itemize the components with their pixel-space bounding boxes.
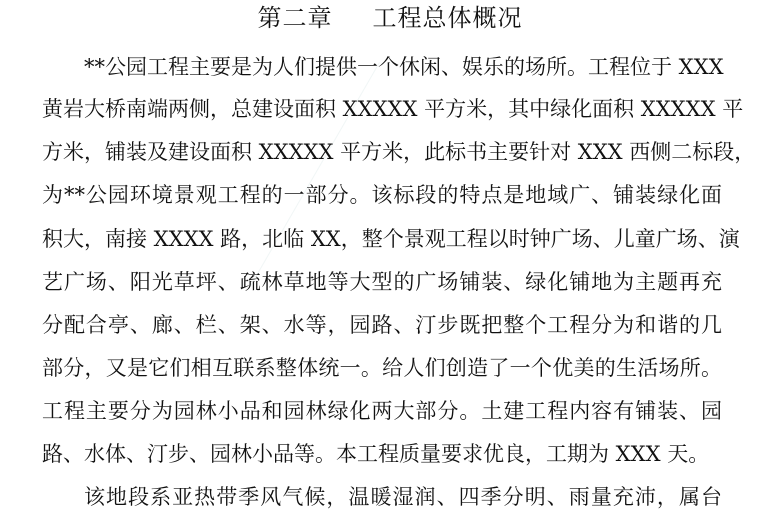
paragraph-1-line-9: 工程主要分为园林小品和园林绿化两大部分。土建工程内容有铺装、园 — [42, 396, 722, 426]
paragraph-1-line-3: 方米，铺装及建设面积 XXXXX 平方米，此标书主要针对 XXX 西侧二标段， — [42, 137, 722, 167]
chapter-heading: 第二章工程总体概况 — [0, 2, 780, 34]
paragraph-1-line-8: 部分，又是它们相互联系整体统一。给人们创造了一个优美的生活场所。 — [42, 353, 722, 383]
paragraph-1-line-4: 为**公园环境景观工程的一部分。该标段的特点是地域广、铺装绿化面 — [42, 180, 722, 210]
paragraph-1-line-7: 分配合亭、廊、栏、架、水等，园路、汀步既把整个工程分为和谐的几 — [42, 310, 722, 340]
paragraph-1-line-1: **公园工程主要是为人们提供一个休闲、娱乐的场所。工程位于 XXX — [84, 52, 722, 82]
paragraph-1-line-6: 艺广场、阳光草坪、疏林草地等大型的广场铺装、绿化铺地为主题再充 — [42, 267, 722, 297]
chapter-label: 第二章 — [258, 4, 333, 32]
paragraph-1-line-5: 积大，南接 XXXX 路，北临 XX，整个景观工程以时钟广场、儿童广场、演 — [42, 224, 722, 254]
paragraph-2-line-1: 该地段系亚热带季风气候，温暖湿润、四季分明、雨量充沛，属台 — [84, 482, 722, 512]
document-page: 第二章工程总体概况 **公园工程主要是为人们提供一个休闲、娱乐的场所。工程位于 … — [0, 0, 780, 529]
paragraph-1-line-2: 黄岩大桥南端两侧，总建设面积 XXXXX 平方米，其中绿化面积 XXXXX 平 — [42, 94, 722, 124]
chapter-title: 工程总体概况 — [373, 4, 523, 32]
paragraph-1-line-10: 路、水体、汀步、园林小品等。本工程质量要求优良，工期为 XXX 天。 — [42, 439, 722, 469]
